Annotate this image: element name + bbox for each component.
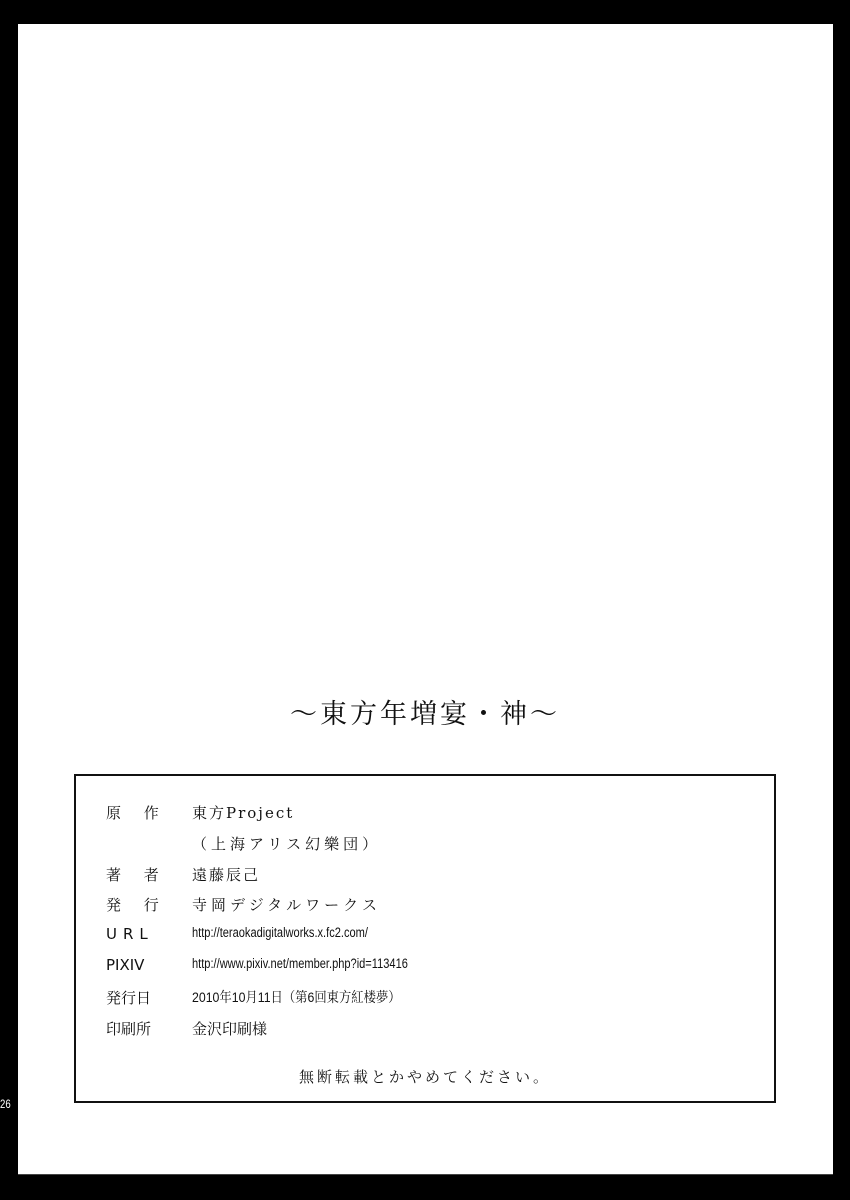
row-value: 金沢印刷様 [192, 1018, 267, 1039]
url-link: http://teraokadigitalworks.x.fc2.com/ [192, 925, 368, 940]
row-label: URL [106, 925, 154, 943]
colophon-box: 原 作 東方Project （上海アリス幻樂団） 著 者 遠藤辰己 発 行 寺岡… [74, 774, 776, 1103]
page-number: 26 [0, 1097, 14, 1111]
book-title: ～東方年増宴・神～ [0, 692, 850, 731]
no-reprint-notice: 無断転載とかやめてください。 [76, 1066, 774, 1087]
row-value: （上海アリス幻樂団） [192, 833, 381, 854]
row-value: 2010年10月11日（第6回東方紅楼夢） [192, 987, 401, 1007]
row-label: 印刷所 [106, 1018, 151, 1039]
row-label: 発 行 [106, 894, 168, 915]
row-value: 東方Project [192, 802, 294, 823]
row-label: 発行日 [106, 987, 151, 1008]
row-label: 著 者 [106, 864, 168, 885]
row-label: 原 作 [106, 802, 168, 823]
row-label: PIXIV [106, 956, 144, 974]
row-value: 寺岡デジタルワークス [192, 894, 381, 915]
pixiv-link: http://www.pixiv.net/member.php?id=11341… [192, 956, 408, 971]
row-value: 遠藤辰己 [192, 864, 260, 885]
